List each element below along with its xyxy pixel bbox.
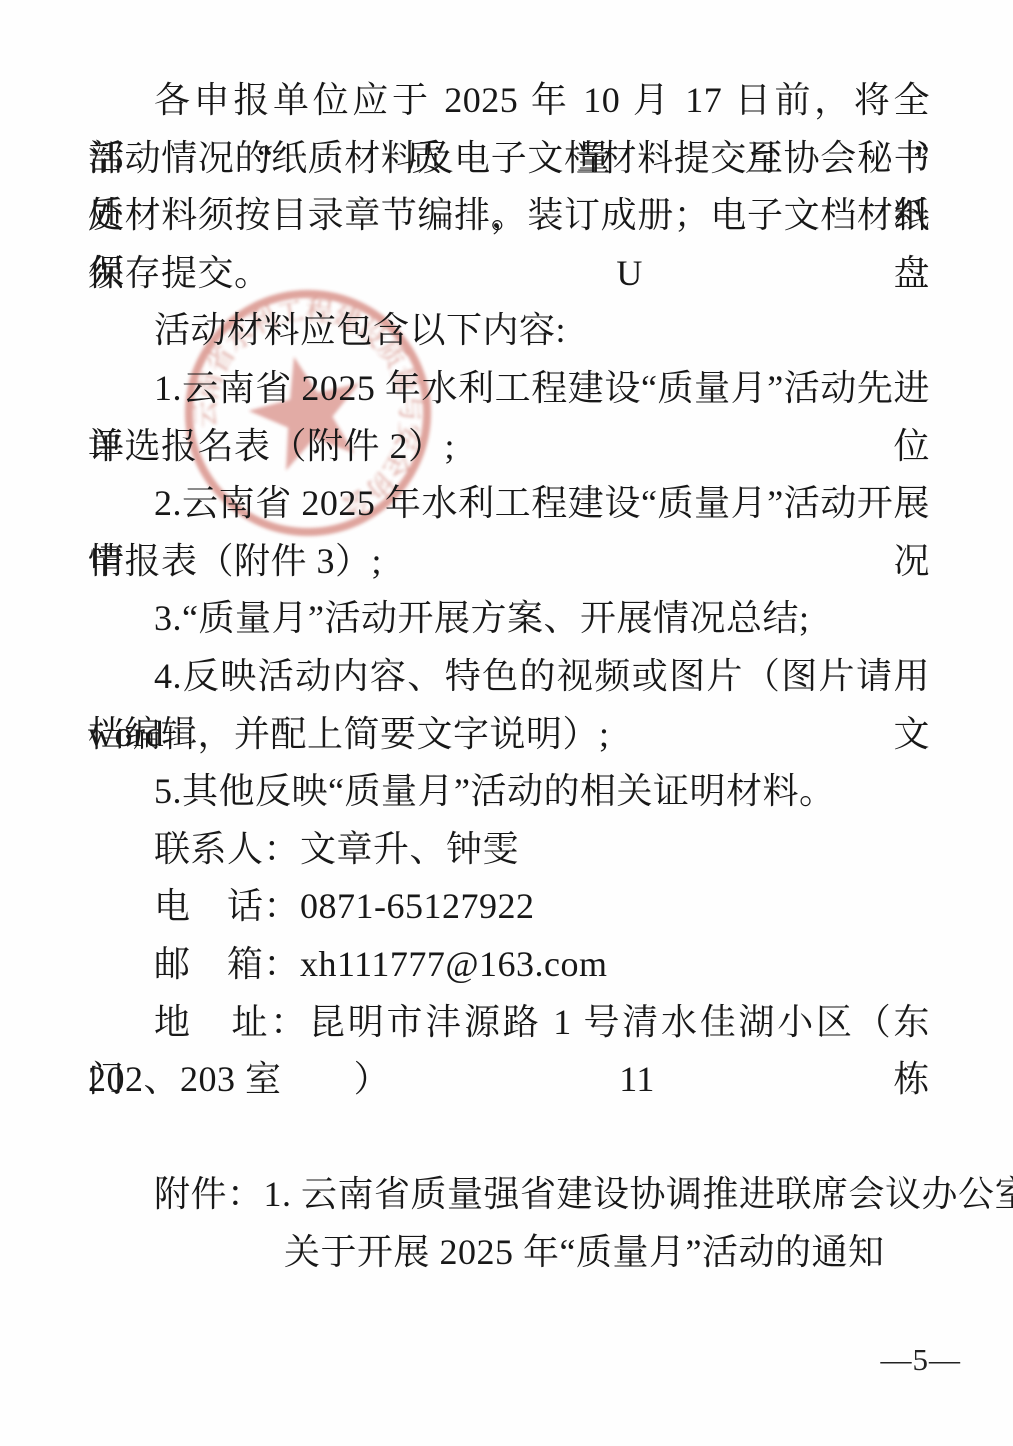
document-page: 云南省水利工程建设质量与安全协会 各申报单位应于 2025 年 10 月 17 … — [0, 0, 1013, 1446]
document-body: 各申报单位应于 2025 年 10 月 17 日前，将全部“质量月” 活动情况的… — [88, 72, 930, 1281]
text-line: 1.云南省 2025 年水利工程建设“质量月”活动先进单位 — [88, 360, 930, 418]
text-line: 活动情况的纸质材料及电子文档材料提交至协会秘书处。纸 — [88, 130, 930, 188]
contact-email-line: 邮 箱：xh111777@163.com — [88, 936, 930, 994]
contact-address-line: 地 址：昆明市沣源路 1 号清水佳湖小区（东门）11 栋 — [88, 994, 930, 1052]
text-line: 各申报单位应于 2025 年 10 月 17 日前，将全部“质量月” — [88, 72, 930, 130]
attachment-line: 附件：1. 云南省质量强省建设协调推进联席会议办公室 — [88, 1166, 930, 1224]
text-line: 4.反映活动内容、特色的视频或图片（图片请用 word 文 — [88, 648, 930, 706]
text-line: 5.其他反映“质量月”活动的相关证明材料。 — [88, 763, 930, 821]
text-line: 活动材料应包含以下内容: — [88, 302, 930, 360]
contact-person-line: 联系人：文章升、钟雯 — [88, 821, 930, 879]
blank-line — [88, 1109, 930, 1167]
text-line: 3.“质量月”活动开展方案、开展情况总结; — [88, 590, 930, 648]
text-line: 2.云南省 2025 年水利工程建设“质量月”活动开展情况 — [88, 475, 930, 533]
contact-phone-line: 电 话：0871-65127922 — [88, 878, 930, 936]
text-line: 质材料须按目录章节编排，装订成册；电子文档材料须 U 盘 — [88, 187, 930, 245]
attachment-line: 关于开展 2025 年“质量月”活动的通知 — [88, 1224, 930, 1282]
page-number: —5— — [881, 1342, 962, 1378]
